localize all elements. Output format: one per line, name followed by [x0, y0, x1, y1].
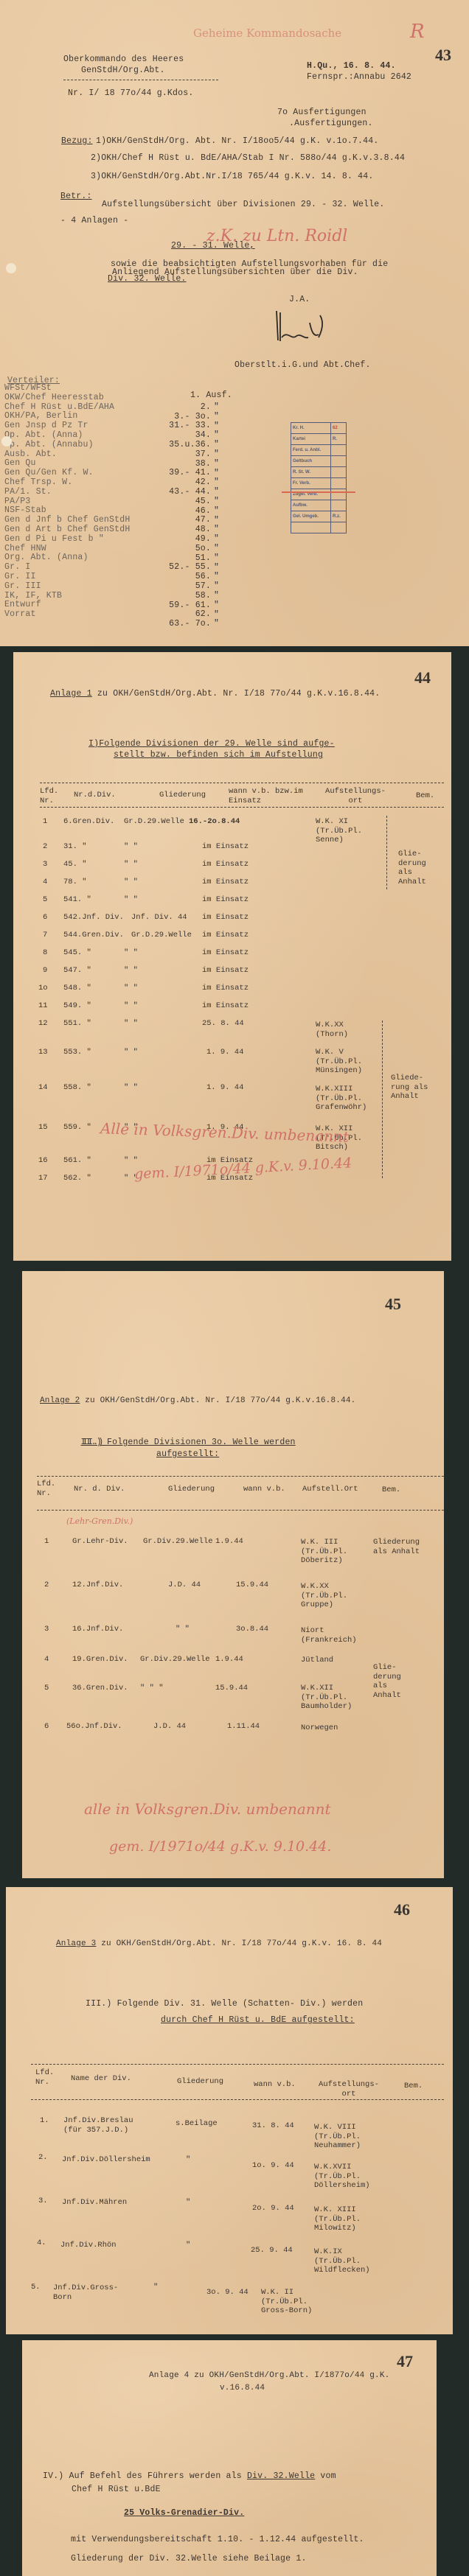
page-43: Geheime Kommandosache R 43 Oberkommando …: [0, 0, 469, 646]
col-header-bem: Bem.: [416, 791, 434, 801]
attachments-count: - 4 Anlagen -: [60, 216, 128, 225]
page-45: 45 Anlage 2 zu OKH/GenStdH/Org.Abt. Nr. …: [22, 1271, 444, 1878]
table-row-gliederung: s.Beilage: [176, 2119, 218, 2129]
page-44: 44 Anlage 1 zu OKH/GenStdH/Org.Abt. Nr. …: [13, 652, 451, 1261]
sender-rule: [63, 80, 218, 80]
page-46: 46 Anlage 3 zu OKH/GenStdH/Org.Abt. Nr. …: [6, 1887, 453, 2334]
handwritten-annotation-1: Alle in Volksgren.Div. umbenannt: [100, 1119, 350, 1146]
handwritten-annotation-2: gem. I/1971o/44 g.K.v. 9.10.44.: [109, 1838, 331, 1855]
table-row-gliederung: ": [186, 2155, 190, 2165]
betr-label: Betr.:: [60, 192, 92, 201]
table-row-div: Jnf.Div.Mähren: [62, 2198, 127, 2208]
section-title-2: stellt bzw. befinden sich im Aufstellung: [114, 750, 323, 760]
table-row: 8545. "" "im Einsatz: [43, 948, 249, 958]
col-header-wann: wann v.b. bzw.im Einsatz: [229, 787, 310, 805]
col-header-nr: Lfd. Nr.: [35, 2068, 53, 2087]
table-row-wann: 31. 8. 44: [252, 2121, 294, 2131]
col-header-wann: wann v.b.: [254, 2080, 296, 2090]
bezug-label: Bezug:: [61, 136, 93, 146]
table-row-nr: 3.: [38, 2197, 48, 2206]
punch-hole: [1, 436, 12, 447]
distribution-ranges: 2. 3.- 3o. 31.- 33. 34. 35.u.36. 37. 38.…: [152, 393, 211, 629]
distribution-item: IK, IF, KTB: [4, 591, 248, 601]
aufstellungsort: Niort (Frankreich): [301, 1626, 357, 1645]
red-strike-mark: [282, 491, 355, 493]
aufstellungsort: W.K. XI (Tr.Üb.Pl. Senne): [316, 817, 367, 845]
reference-number: Nr. I/ 18 77o/44 g.Kdos.: [68, 88, 193, 98]
aufstellungsort: W.K.IX (Tr.Üb.Pl. Wildflecken): [314, 2247, 381, 2275]
table-row: 212.Jnf.Div.J.D. 4415.9.44: [44, 1581, 268, 1590]
table-row: 316.Jnf.Div." "3o.8.44: [44, 1625, 268, 1634]
distribution-list: WFSt/WFSt OKW/Chef Heeresstab Chef H Rüs…: [4, 383, 248, 619]
distribution-item: Ausb. Abt.: [4, 449, 248, 459]
table-row-div: Jnf.Div.Döllersheim: [62, 2155, 150, 2165]
distribution-item: PA/1. St.: [4, 487, 248, 497]
aufstellungsort: W.K.XVII (Tr.Üb.Pl. Döllersheim): [314, 2163, 381, 2191]
aufstellungsort: W.K.XIII (Tr.Üb.Pl. Grafenwöhr): [316, 1085, 382, 1113]
bezug-item-3: 3)OKH/GenStdH/Org.Abt.Nr.I/18 765/44 g.K…: [91, 172, 373, 181]
handwritten-annotation-1: alle in Volksgren.Div. umbenannt: [84, 1800, 331, 1818]
page-47: 47 Anlage 4 zu OKH/GenStdH/Org.Abt. I/18…: [22, 2340, 437, 2576]
initials-mark: R: [410, 21, 425, 43]
bem-note-2: Gliede- rung als Anhalt: [391, 1074, 432, 1102]
table-row: 14558. "" "1. 9. 44: [38, 1083, 243, 1093]
place-date: H.Qu., 16. 8. 44.: [307, 61, 396, 71]
col-header-div: Name der Div.: [71, 2074, 131, 2084]
folio-number: 47: [397, 2352, 413, 2371]
attachment-header: Anlage 3 zu OKH/GenStdH/Org.Abt. Nr. I/1…: [56, 1939, 382, 1949]
bezug-item-2: 2)OKH/Chef H Rüst u. BdE/AHA/Stab I Nr. …: [91, 153, 405, 163]
distribution-item: Op. Abt. (Annabu): [4, 440, 248, 449]
bem-note-2: Glie- derung als Anhalt: [373, 1663, 410, 1700]
ditto-column: " " " " " " " " " " " " " " " " " " " " …: [214, 402, 219, 629]
table-header-rule: [31, 2099, 444, 2100]
distribution-item: Op. Abt. (Anna): [4, 430, 248, 440]
col-header-nr: Lfd. Nr.: [37, 1480, 55, 1498]
body-line-2: 29. - 31. Welle,: [171, 241, 255, 251]
attachment-header-2: v.16.8.44: [220, 2384, 265, 2393]
sender-line1: Oberkommando des Heeres: [63, 55, 184, 64]
table-header-rule: [40, 807, 444, 808]
section-title-2: aufgestellt:: [156, 1449, 219, 1459]
signature: [273, 308, 339, 345]
distribution-item: Gen d Art b Chef GenStdH: [4, 525, 248, 534]
table-row: 16.Gren.Div.Gr.D.29.Welle16.-2o.8.44: [43, 817, 255, 827]
handwritten-row-note: (Lehr-Gren.Div.): [66, 1516, 133, 1526]
attachment-header: Anlage 1 zu OKH/GenStdH/Org.Abt. Nr. I/1…: [50, 689, 380, 699]
aufstellungsort: W.K. III (Tr.Üb.Pl. Döberitz): [301, 1538, 357, 1566]
registry-stamp: Kr. H.62 KarteiR. Ferd. u. Anbl. Geltbuc…: [291, 422, 347, 533]
col-header-bem: Bem.: [404, 2082, 423, 2091]
subject: Aufstellungsübersicht über Divisionen 29…: [102, 200, 384, 209]
distribution-item: Gen Qu/Gen Kf. W.: [4, 468, 248, 477]
para-1: IV.) Auf Befehl des Führers werden als D…: [43, 2471, 336, 2481]
phone: Fernspr.:Annabu 2642: [307, 72, 411, 82]
table-row-wann: 1o. 9. 44: [252, 2161, 294, 2171]
table-row-wann: 25. 9. 44: [251, 2246, 293, 2255]
distribution-item: Entwurf: [4, 600, 248, 609]
ia-label: J.A.: [289, 295, 310, 304]
table-row: 478. "" "im Einsatz: [43, 878, 249, 887]
table-row-div: Jnf.Div.Rhön: [60, 2241, 117, 2250]
table-row-nr: 1.: [40, 2116, 49, 2126]
para-3: mit Verwendungsbereitschaft 1.10. - 1.12…: [71, 2535, 364, 2544]
distribution-item: Gen Jnsp d Pz Tr: [4, 421, 248, 430]
distribution-item: Gen d Jnf b Chef GenStdH: [4, 515, 248, 525]
attachment-header: Anlage 2 zu OKH/GenStdH/Org.Abt. Nr. I/1…: [40, 1396, 355, 1406]
table-row: 231. "" "im Einsatz: [43, 842, 249, 852]
table-row-gliederung: ": [153, 2283, 158, 2292]
distribution-item: Chef H Rüst u.BdE/AHA: [4, 402, 248, 412]
col-header-gliederung: Gliederung: [168, 1485, 215, 1494]
col-header-ort: Aufstellungs- ort: [316, 2080, 382, 2099]
bezug-item-1: 1)OKH/GenStdH/Org. Abt. Nr. I/18oo5/44 g…: [96, 136, 378, 146]
aufstellungsort: W.K.XX (Tr.Üb.Pl. Gruppe): [301, 1582, 357, 1610]
aufstellungsort: Norwegen: [301, 1723, 338, 1733]
table-row: 419.Gren.Div.Gr.Div.29.Welle1.9.44: [44, 1655, 243, 1665]
bem-brace: [382, 1021, 383, 1178]
aufstellungsort: W.K. II (Tr.Üb.Pl. Gross-Born): [261, 2288, 327, 2316]
centered-heading: 25 Volks-Grenadier-Div.: [124, 2508, 244, 2518]
table-row-nr: 2.: [38, 2153, 48, 2163]
folio-number: 44: [414, 668, 431, 687]
aufstellungsort: Jütland: [301, 1656, 333, 1665]
table-row: 11549. "" "im Einsatz: [38, 1001, 249, 1011]
table-row-wann: 3o. 9. 44: [206, 2288, 249, 2297]
table-row: 1o548. "" "im Einsatz: [38, 984, 249, 993]
table-top-rule: [31, 2064, 444, 2065]
distribution-item: Chef Trsp. W.: [4, 477, 248, 487]
aufstellungsort: W.K.XX (Thorn): [316, 1021, 367, 1039]
bem-note-1: Glie- derung als Anhalt: [398, 850, 435, 886]
copies-count: 7o Ausfertigungen: [277, 108, 366, 117]
bem-brace: [386, 816, 387, 889]
folio-number: 46: [394, 1900, 410, 1919]
body-line-4: Div. 32. Welle.: [108, 274, 187, 284]
aufstellungsort: W.K.XII (Tr.Üb.Pl. Baumholder): [301, 1684, 367, 1712]
table-row: 6542.Jnf. Div.Jnf. Div. 44im Einsatz: [43, 913, 249, 923]
distribution-item: Vorrat: [4, 609, 248, 619]
table-row-gliederung: ": [186, 2241, 190, 2250]
table-row-div: Jnf.Div.Gross- Born: [53, 2283, 127, 2302]
table-row-nr: 5.: [31, 2283, 41, 2292]
sender-line2: GenStdH/Org.Abt.: [81, 66, 165, 75]
col-header-div: Nr. d. Div.: [74, 1485, 125, 1494]
attachment-header-1: Anlage 4 zu OKH/GenStdH/Org.Abt. I/1877o…: [149, 2371, 389, 2381]
table-row-gliederung: ": [186, 2198, 190, 2208]
table-row: 9547. "" "im Einsatz: [43, 966, 249, 976]
body-line-3: sowie die beabsichtigten Aufstellungsvor…: [111, 259, 388, 269]
table-row: 5541. "" "im Einsatz: [43, 895, 249, 905]
signer-title: Oberstlt.i.G.und Abt.Chef.: [234, 360, 371, 370]
distribution-item: Gr. I: [4, 562, 248, 572]
section-title-1: III.) Folgende Div. 31. Welle (Schatten-…: [86, 1999, 363, 2009]
col-header-bem: Bem.: [382, 1485, 400, 1495]
table-header-rule: [37, 1510, 444, 1511]
secret-stamp: Geheime Kommandosache: [193, 27, 341, 40]
table-top-rule: [37, 1476, 444, 1477]
section-title-1: I)Folgende Divisionen der 29. Welle sind…: [88, 739, 335, 749]
table-row-div: Jnf.Div.Breslau (für 357.J.D.): [63, 2116, 146, 2135]
table-row: 12551. "" "25. 8. 44: [38, 1019, 244, 1029]
col-header-ort: Aufstell.Ort: [302, 1485, 358, 1494]
distribution-item: OKW/Chef Heeresstab: [4, 393, 248, 402]
distribution-item: OKH/PA, Berlin: [4, 411, 248, 421]
table-row: 13553. "" "1. 9. 44: [38, 1048, 243, 1057]
para-2: Chef H Rüst u.BdE: [72, 2485, 161, 2494]
para-4: Gliederung der Div. 32.Welle siehe Beila…: [71, 2554, 307, 2563]
distribution-item: PA/P3: [4, 497, 248, 506]
aufstellungsort: W.K. VIII (Tr.Üb.Pl. Neuhammer): [314, 2123, 373, 2151]
aufstellungsort: W.K. V (Tr.Üb.Pl. Münsingen): [316, 1048, 375, 1076]
table-row-wann: 2o. 9. 44: [252, 2204, 294, 2213]
table-row: 1Gr.Lehr-Div.Gr.Div.29.Welle1.9.44: [44, 1537, 243, 1547]
col-header-wann: wann v.b.: [243, 1485, 285, 1494]
punch-hole: [6, 263, 16, 273]
distribution-item: Org. Abt. (Anna): [4, 553, 248, 562]
distribution-item: Gen Qu: [4, 458, 248, 468]
table-row-nr: 4.: [37, 2239, 46, 2248]
table-row: 345. "" "im Einsatz: [43, 860, 249, 869]
aufstellungsort: W.K. XIII (Tr.Üb.Pl. Milowitz): [314, 2205, 373, 2233]
col-header-div: Nr.d.Div.: [74, 791, 116, 800]
col-header-ort: Aufstellungs- ort: [319, 787, 392, 805]
distribution-item: Chef HNW: [4, 544, 248, 553]
section-title-2: durch Chef H Rüst u. BdE aufgestellt:: [161, 2015, 355, 2025]
copies-count-2: .Ausfertigungen.: [289, 119, 373, 128]
folio-number: 43: [435, 46, 451, 65]
distribution-item: WFSt/WFSt: [4, 383, 248, 393]
section-title-1: II.) II.) Folgende Divisionen 3o. Welle …: [83, 1438, 296, 1447]
distribution-item: Gen d Pi u Fest b ": [4, 534, 248, 544]
distribution-item: Gr. II: [4, 572, 248, 581]
folio-number: 45: [385, 1295, 401, 1314]
col-header-gliederung: Gliederung: [159, 791, 206, 800]
col-header-gliederung: Gliederung: [177, 2077, 223, 2087]
col-header-nr: Lfd. Nr.: [40, 787, 62, 805]
distribution-item: NSF-Stab: [4, 505, 248, 515]
distribution-item: Gr. III: [4, 581, 248, 591]
table-row: 656o.Jnf.Div.J.D. 441.11.44: [44, 1722, 260, 1732]
table-row: 536.Gren.Div." " "15.9.44: [44, 1684, 248, 1693]
table-row: 7544.Gren.Div.Gr.D.29.Welleim Einsatz: [43, 931, 249, 940]
table-top-rule: [40, 783, 444, 783]
bem-note-1: Gliederung als Anhalt: [373, 1538, 432, 1556]
